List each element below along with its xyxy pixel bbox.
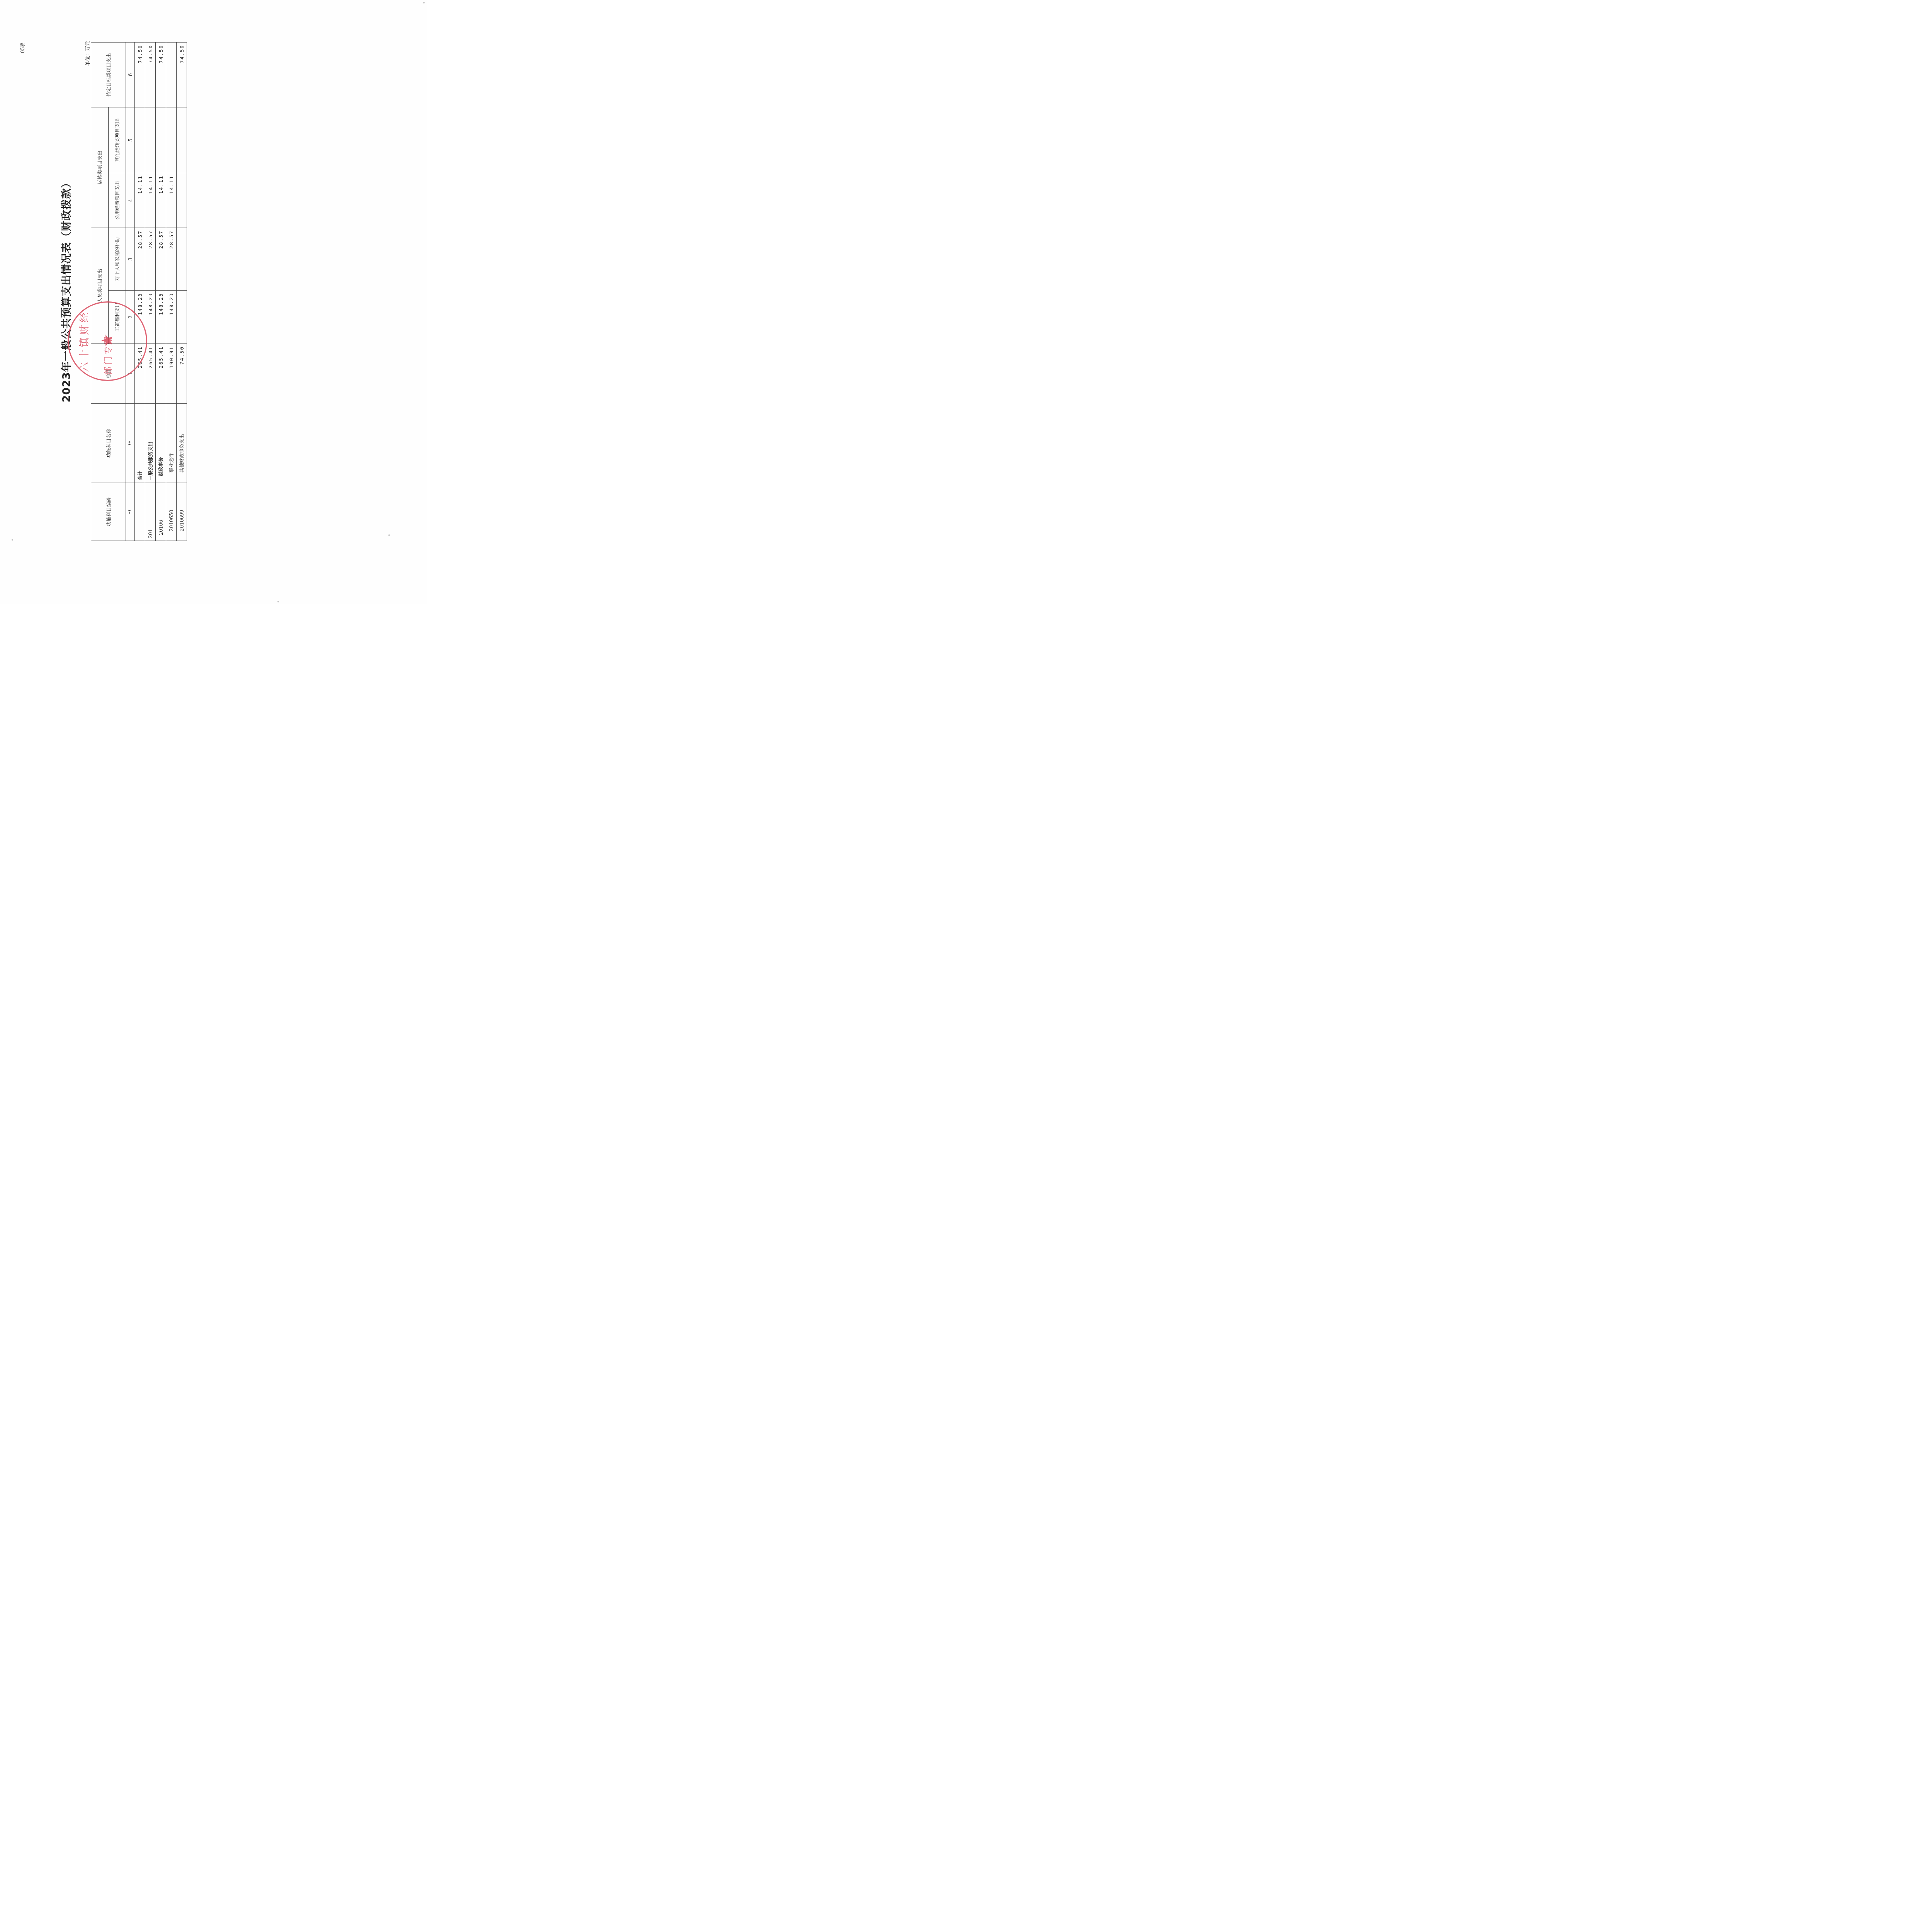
cell-code: [135, 483, 145, 541]
cell-name: 事业运行: [166, 404, 177, 483]
cell-individual-subsidy: 28.57: [166, 228, 177, 290]
document-title: 2023年一般公共预算支出情况表（财政拨款）: [58, 39, 73, 541]
cell-other-operation: [135, 107, 145, 173]
cell-code: 20106: [156, 483, 166, 541]
header-individual-subsidy: 对个人和家庭的补助: [109, 228, 126, 290]
table-row: 2010699 其他财政事务支出 74.50 74.50: [177, 42, 187, 541]
scanned-page: 05表 2023年一般公共预算支出情况表（财政拨款） 单位：万元 功能科目编码 …: [0, 0, 427, 604]
cell-public-expense: 14.11: [145, 173, 156, 228]
header-specific: 特定目标类项目支出: [91, 42, 126, 107]
index-specific: 6: [126, 42, 135, 107]
cell-salary: [177, 291, 187, 344]
header-name: 功能科目名称: [91, 404, 126, 483]
cell-name: 一般公共服务支出: [145, 404, 156, 483]
cell-code: 201: [145, 483, 156, 541]
cell-specific: 74.50: [177, 42, 187, 107]
cell-public-expense: 14.11: [135, 173, 145, 228]
cell-total: 265.41: [156, 344, 166, 404]
form-number: 05表: [19, 43, 26, 53]
budget-table: 功能科目编码 功能科目名称 总计 人员类项目支出 运转类项目支出 特定目标类项目…: [91, 42, 187, 541]
rotated-sheet: 05表 2023年一般公共预算支出情况表（财政拨款） 单位：万元 功能科目编码 …: [54, 39, 201, 541]
cell-individual-subsidy: [177, 228, 187, 290]
scan-speck: [423, 2, 425, 3]
scan-speck: [12, 539, 13, 541]
cell-code: 2010650: [166, 483, 177, 541]
header-index-row: ** ** 1 2 3 4 5 6: [126, 42, 135, 541]
cell-salary: 148.23: [156, 291, 166, 344]
cell-total: 74.50: [177, 344, 187, 404]
cell-total: 190.91: [166, 344, 177, 404]
cell-public-expense: 14.11: [156, 173, 166, 228]
index-other-operation: 5: [126, 107, 135, 173]
index-name: **: [126, 404, 135, 483]
cell-specific: [166, 42, 177, 107]
header-other-operation: 其他运转类项目支出: [109, 107, 126, 173]
cell-total: 265.41: [145, 344, 156, 404]
seal-bottom-text: 部门专用: [102, 324, 114, 386]
unit-label: 单位：万元: [83, 41, 91, 66]
scan-speck: [277, 601, 279, 602]
cell-other-operation: [166, 107, 177, 173]
official-seal: 六十镇财经 ★ 部门专用: [68, 301, 147, 381]
cell-salary: 148.23: [166, 291, 177, 344]
cell-public-expense: [177, 173, 187, 228]
header-public-expense: 公用经费项目支出: [109, 173, 126, 228]
cell-other-operation: [177, 107, 187, 173]
cell-individual-subsidy: 28.57: [145, 228, 156, 290]
cell-name: 合计: [135, 404, 145, 483]
cell-specific: 74.50: [145, 42, 156, 107]
cell-public-expense: 14.11: [166, 173, 177, 228]
table-row: 201 一般公共服务支出 265.41 148.23 28.57 14.11 7…: [145, 42, 156, 541]
index-individual-subsidy: 3: [126, 228, 135, 290]
scan-speck: [388, 534, 390, 536]
cell-code: 2010699: [177, 483, 187, 541]
table-row: 合计 265.41 148.23 28.57 14.11 74.50: [135, 42, 145, 541]
index-code: **: [126, 483, 135, 541]
cell-name: 财政事务: [156, 404, 166, 483]
cell-specific: 74.50: [156, 42, 166, 107]
table-row: 2010650 事业运行 190.91 148.23 28.57 14.11: [166, 42, 177, 541]
cell-other-operation: [145, 107, 156, 173]
cell-individual-subsidy: 28.57: [156, 228, 166, 290]
header-row-group: 功能科目编码 功能科目名称 总计 人员类项目支出 运转类项目支出 特定目标类项目…: [91, 42, 109, 541]
header-code: 功能科目编码: [91, 483, 126, 541]
cell-individual-subsidy: 28.57: [135, 228, 145, 290]
cell-other-operation: [156, 107, 166, 173]
index-public-expense: 4: [126, 173, 135, 228]
header-operation-group: 运转类项目支出: [91, 107, 109, 228]
cell-name: 其他财政事务支出: [177, 404, 187, 483]
table-row: 20106 财政事务 265.41 148.23 28.57 14.11 74.…: [156, 42, 166, 541]
cell-specific: 74.50: [135, 42, 145, 107]
